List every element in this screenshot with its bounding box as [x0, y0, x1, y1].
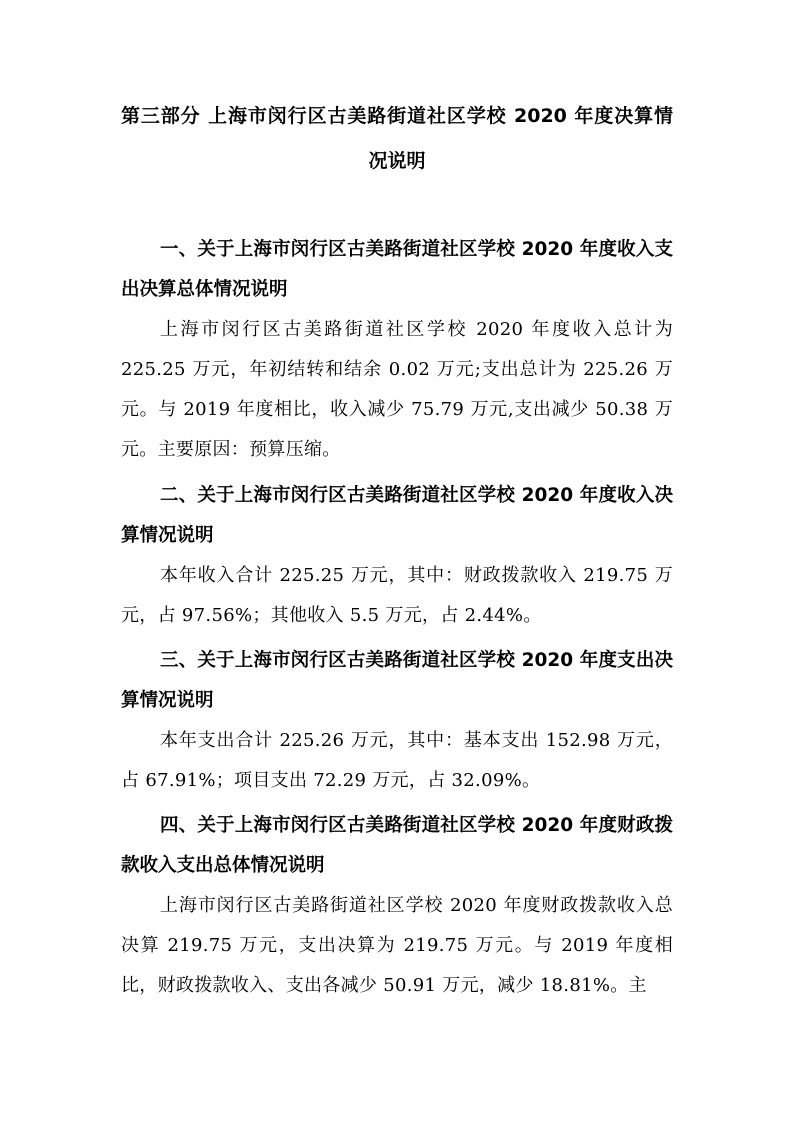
document-title-line2: 况说明	[121, 141, 673, 181]
section-4-body: 上海市闵行区古美路街道社区学校 2020 年度财政拨款收入总决算 219.75 …	[121, 886, 673, 1006]
section-2-body: 本年收入合计 225.25 万元，其中：财政拨款收入 219.75 万元，占 9…	[121, 556, 673, 636]
section-3-body: 本年支出合计 225.26 万元，其中：基本支出 152.98 万元，占 67.…	[121, 721, 673, 801]
section-1: 一、关于上海市闵行区古美路街道社区学校 2020 年度收入支出决算总体情况说明 …	[121, 230, 673, 470]
section-2: 二、关于上海市闵行区古美路街道社区学校 2020 年度收入决算情况说明 本年收入…	[121, 476, 673, 636]
section-4: 四、关于上海市闵行区古美路街道社区学校 2020 年度财政拨款收入支出总体情况说…	[121, 806, 673, 1006]
section-2-heading: 二、关于上海市闵行区古美路街道社区学校 2020 年度收入决算情况说明	[121, 476, 673, 556]
section-3: 三、关于上海市闵行区古美路街道社区学校 2020 年度支出决算情况说明 本年支出…	[121, 641, 673, 801]
section-1-heading: 一、关于上海市闵行区古美路街道社区学校 2020 年度收入支出决算总体情况说明	[121, 230, 673, 310]
section-3-heading: 三、关于上海市闵行区古美路街道社区学校 2020 年度支出决算情况说明	[121, 641, 673, 721]
document-title-line1: 第三部分 上海市闵行区古美路街道社区学校 2020 年度决算情	[121, 96, 673, 136]
section-4-heading: 四、关于上海市闵行区古美路街道社区学校 2020 年度财政拨款收入支出总体情况说…	[121, 806, 673, 886]
section-1-body: 上海市闵行区古美路街道社区学校 2020 年度收入总计为 225.25 万元，年…	[121, 310, 673, 470]
